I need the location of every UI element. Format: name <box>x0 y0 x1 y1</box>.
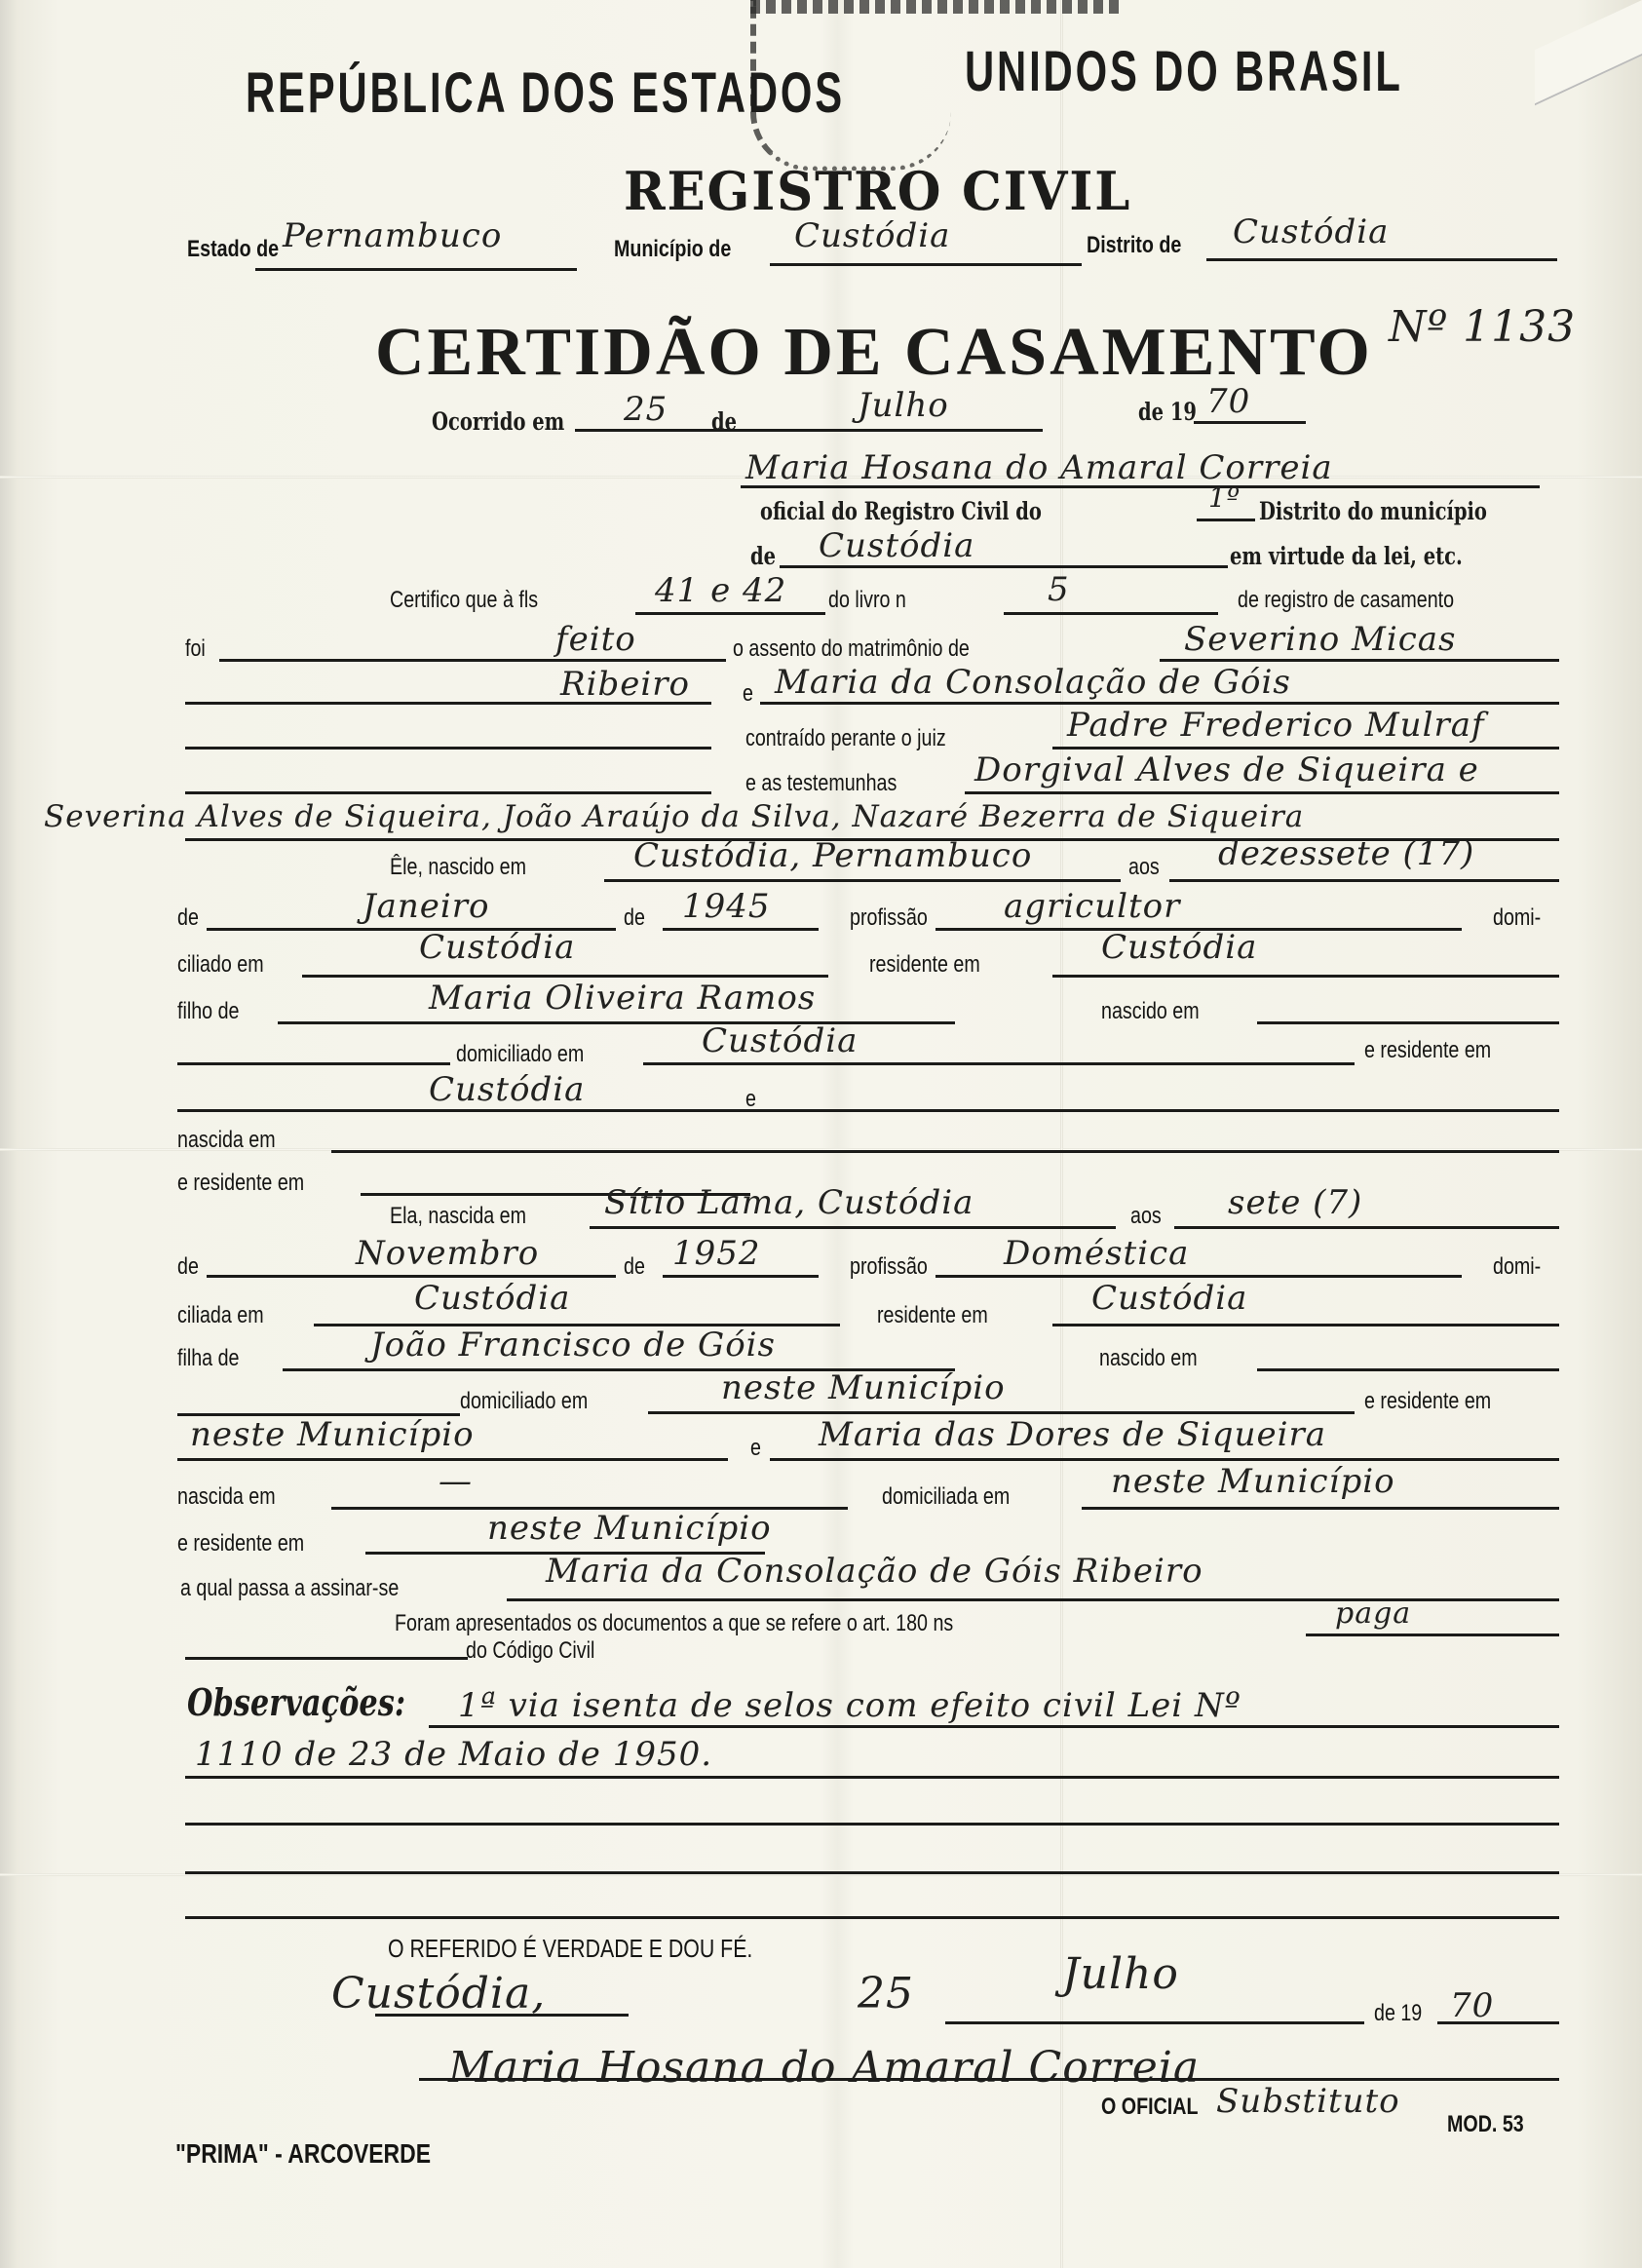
bride-domi-label: domi- <box>1493 1253 1541 1281</box>
bride-mother-resident: neste Município <box>487 1509 772 1548</box>
bride-father-domiciled-label: domiciliado em <box>460 1388 588 1415</box>
groom-profession-label: profissão <box>850 904 928 932</box>
year-label: de 19 <box>1138 398 1197 426</box>
district-ordinal: 1º <box>1208 481 1241 514</box>
closing-year-label: de 19 <box>1374 2000 1422 2027</box>
municipality-value: Custódia <box>819 526 974 565</box>
closing-place: Custódia, <box>331 1969 546 2018</box>
signer-label: O OFICIAL <box>1101 2094 1198 2121</box>
groom-son-of-label: filho de <box>177 998 239 1025</box>
groom-born-label: Êle, nascido em <box>390 854 526 881</box>
republic-title-left: REPÚBLICA DOS ESTADOS <box>246 60 845 126</box>
attestation: O REFERIDO É VERDADE E DOU FÉ. <box>388 1934 752 1964</box>
bride-father-domiciled: neste Município <box>721 1368 1006 1407</box>
register-label: de registro de casamento <box>1238 587 1454 614</box>
bride-year-label: de <box>624 1253 645 1281</box>
bride-signs-as-label: a qual passa a assinar-se <box>180 1575 399 1602</box>
registry-title: REGISTRO CIVIL <box>624 160 1131 222</box>
municipio-label: Município de <box>614 236 731 263</box>
bride-mother-born-label: nascida em <box>177 1483 276 1511</box>
observations-text-1: 1ª via isenta de selos com efeito civil … <box>458 1686 1241 1725</box>
witnesses-label: e as testemunhas <box>745 770 897 797</box>
district-line-label: Distrito do município <box>1259 497 1487 525</box>
groom-e-label: e <box>745 1086 756 1113</box>
bride-resident-label: residente em <box>877 1302 988 1329</box>
bride-domiciled-label: ciliada em <box>177 1302 264 1329</box>
municipio-value: Custódia <box>794 216 950 255</box>
bride-de-label: de <box>177 1253 199 1281</box>
foi-value: feito <box>555 620 636 659</box>
bride-father-resident: neste Município <box>190 1415 475 1454</box>
official-line-label: oficial do Registro Civil do <box>760 497 1042 525</box>
book-value: 5 <box>1048 570 1070 609</box>
documents-line-2: do Código Civil <box>466 1637 594 1665</box>
groom-day: dezessete (17) <box>1218 834 1474 873</box>
estado-value: Pernambuco <box>283 216 502 255</box>
bride-e-label: e <box>750 1435 761 1462</box>
bride-year: 1952 <box>672 1234 761 1273</box>
bride-father-born-label: nascido em <box>1099 1345 1198 1372</box>
witnesses-line-2: Severina Alves de Siqueira, João Araújo … <box>44 799 1304 834</box>
groom-parent-resident-label: e residente em <box>1364 1037 1491 1064</box>
groom-year: 1945 <box>682 887 771 926</box>
groom-aos-label: aos <box>1128 854 1160 881</box>
closing-day: 25 <box>858 1969 914 2018</box>
bride-mother-domiciled-label: domiciliada em <box>882 1483 1010 1511</box>
groom-domiciled: Custódia <box>419 928 575 967</box>
de-municipality-label: de <box>750 542 776 570</box>
groom-name-2: Ribeiro <box>560 665 690 704</box>
bride-profession-label: profissão <box>850 1253 928 1281</box>
contracted-label: contraído perante o juiz <box>745 725 946 752</box>
groom-profession: agricultor <box>1004 887 1180 926</box>
closing-month: Julho <box>1062 1949 1179 1999</box>
groom-mother-resident-label: e residente em <box>177 1170 304 1197</box>
groom-year-label: de <box>624 904 645 932</box>
observations-label: Observações: <box>187 1680 405 1724</box>
groom-domi-label: domi- <box>1493 904 1541 932</box>
groom-de-label: de <box>177 904 199 932</box>
documents-line-1: Foram apresentados os documentos a que s… <box>395 1610 953 1637</box>
documents-value: paga <box>1335 1596 1411 1631</box>
occurred-day: 25 <box>624 390 668 429</box>
bride-month: Novembro <box>356 1234 539 1273</box>
bride-day: sete (7) <box>1228 1183 1362 1222</box>
bride-father: João Francisco de Góis <box>370 1326 776 1365</box>
certificate-number: Nº 1133 <box>1389 302 1576 352</box>
distrito-value: Custódia <box>1233 212 1389 251</box>
signer-role: Substituto <box>1216 2082 1400 2121</box>
groom-domiciled-label: ciliado em <box>177 951 264 979</box>
bride-resident: Custódia <box>1091 1279 1247 1318</box>
bride-mother-domiciled: neste Município <box>1111 1462 1395 1501</box>
bride-domiciled: Custódia <box>414 1279 570 1318</box>
occurred-label: Ocorrido em <box>432 407 564 436</box>
groom-parent-born-label: nascido em <box>1101 998 1200 1025</box>
bride-mother: Maria das Dores de Siqueira <box>819 1415 1326 1454</box>
foi-label: foi <box>185 635 206 663</box>
assento-label: o assento do matrimônio de <box>733 635 970 663</box>
closing-year: 70 <box>1450 1986 1494 2025</box>
distrito-label: Distrito de <box>1087 232 1181 259</box>
bride-born-place: Sítio Lama, Custódia <box>604 1183 974 1222</box>
groom-parent-1: Maria Oliveira Ramos <box>429 979 816 1018</box>
occurred-month: Julho <box>858 386 949 425</box>
certificate-title: CERTIDÃO DE CASAMENTO <box>375 314 1373 392</box>
bride-born-label: Ela, nascida em <box>390 1203 526 1230</box>
estado-label: Estado de <box>187 236 279 263</box>
bride-signs-as: Maria da Consolação de Góis Ribeiro <box>546 1552 1203 1591</box>
groom-name-1: Severino Micas <box>1184 620 1457 659</box>
bride-profession: Doméstica <box>1004 1234 1189 1273</box>
certify-label: Certifico que à fls <box>390 587 538 614</box>
and-label: e <box>743 680 753 708</box>
book-label: do livro n <box>828 587 906 614</box>
groom-mother-born-label: nascida em <box>177 1127 276 1154</box>
observations-text-2: 1110 de 23 de Maio de 1950. <box>195 1735 712 1774</box>
bride-mother-resident-label: e residente em <box>177 1530 304 1557</box>
groom-resident-label: residente em <box>869 951 980 979</box>
groom-month: Janeiro <box>363 887 490 926</box>
bride-daughter-of-label: filha de <box>177 1345 239 1372</box>
groom-resident: Custódia <box>1101 928 1257 967</box>
groom-parent-domiciled-label: domiciliado em <box>456 1041 584 1068</box>
bride-mother-born: — <box>439 1462 473 1501</box>
judge-name: Padre Frederico Mulraf <box>1067 706 1485 745</box>
bride-aos-label: aos <box>1130 1203 1162 1230</box>
bride-name: Maria da Consolação de Góis <box>775 663 1291 702</box>
printer-mark: "PRIMA" - ARCOVERDE <box>175 2138 431 2170</box>
official-signature: Maria Hosana do Amaral Correia <box>448 2043 1200 2093</box>
bride-father-resident-label: e residente em <box>1364 1388 1491 1415</box>
official-name: Maria Hosana do Amaral Correia <box>745 448 1333 487</box>
witnesses-line-1: Dorgival Alves de Siqueira e <box>974 750 1479 789</box>
groom-parent-resident: Custódia <box>429 1070 585 1109</box>
republic-title-right: UNIDOS DO BRASIL <box>965 39 1403 104</box>
fls-value: 41 e 42 <box>655 571 786 610</box>
groom-parent-domiciled: Custódia <box>702 1021 858 1060</box>
occurred-year: 70 <box>1206 382 1250 421</box>
model-number: MOD. 53 <box>1447 2111 1524 2138</box>
groom-born-place: Custódia, Pernambuco <box>633 836 1032 875</box>
by-law-label: em virtude da lei, etc. <box>1230 542 1463 570</box>
